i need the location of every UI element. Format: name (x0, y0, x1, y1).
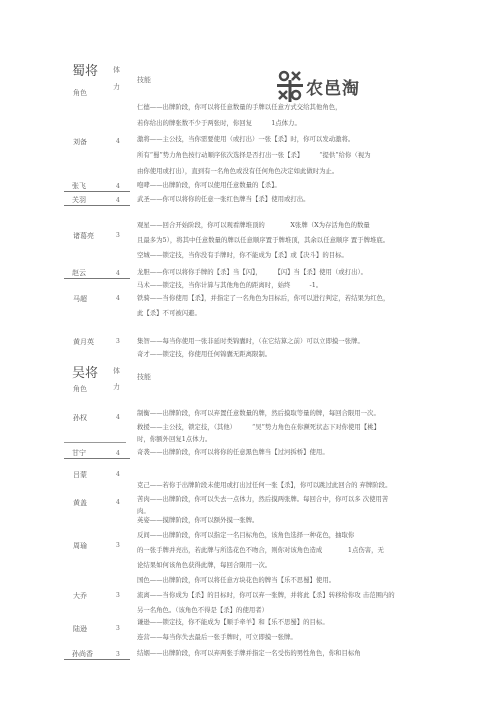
hero-name: 陆逊 (73, 624, 87, 634)
hero-skills: 仁德——出牌阶段，你可以将任意数量的手牌以任意方式交给其他角色， 若你给出的牌张… (137, 102, 371, 176)
skill-line: 论结果如何该角色获得此牌，每回合限用一次。 (137, 560, 384, 570)
hero-hp: 4 (116, 471, 120, 478)
skill-line: 武圣——你可以将你的任意一张红色牌当【杀】使用或打出。 (137, 194, 310, 204)
hero-hp: 4 (116, 183, 120, 190)
skill-line: 连营——每当你失去最后一张手牌时，可立即摸一张牌。 (137, 632, 329, 642)
skill-line: 咆哮——出牌阶段，你可以使用任意数量的【杀】。 (137, 180, 281, 190)
skill-header: 技能 (137, 372, 151, 382)
faction-title-wu: 吴将 (72, 362, 98, 381)
skill-line: 奇才——锁定技，你使用任何锦囊无距离限制。 (137, 349, 364, 359)
skill-header: 技能 (137, 75, 151, 85)
hero-name: 大乔 (73, 591, 87, 601)
watermark: 农邑淘 (277, 70, 360, 102)
hero-skills: 谦逊——锁定技，你不能成为【顺手牵羊】和【乐不思蜀】的目标。 连营——每当你失去… (137, 617, 329, 642)
hero-skills: 英姿——摸牌阶段，你可以额外摸一张牌。 反间——出牌阶段，你可以指定一名目标角色… (137, 515, 384, 570)
skill-line: 奇袭——出牌阶段，你可以将你的任意黑色牌当【过河拆桥】使用。 (137, 447, 329, 457)
skill-line: 观星——回合开始阶段，你可以观看牌堆顶的 X张牌（X为存活角色的数量 (137, 220, 389, 230)
skill-line: 铁骑——当你使用【杀】，并指定了一名角色为目标后，你可以进行判定，若结果为红色， (137, 293, 389, 303)
hero-hp: 3 (116, 625, 120, 632)
skill-line: 激将——主公技，当你需要使用（或打出）一张【杀】时，你可以发动激将。 (137, 134, 371, 144)
hero-name: 张飞 (64, 181, 130, 192)
watermark-logo-icon (277, 70, 303, 102)
skill-line: 若你给出的牌张数不少于两张时，你回复 1点体力。 (137, 118, 371, 128)
hero-name: 孙尚香 (64, 649, 130, 660)
hp-header-bottom: 力 (113, 82, 120, 92)
skill-line: 国色——出牌阶段，你可以将任意方块花色的牌当【乐不思蜀】使用。 (137, 575, 395, 585)
skill-line: 龙胆——你可以将你手牌的【杀】当【闪】， 【闪】当【杀】使用（或打出）。 (137, 267, 367, 277)
skill-line: 仁德——出牌阶段，你可以将任意数量的手牌以任意方式交给其他角色， (137, 102, 371, 112)
hero-hp: 4 (116, 499, 120, 506)
document-page: 农邑淘 蜀将 体 力 技能 角色 刘备 4 仁德——出牌阶段，你可以将任意数量的… (0, 0, 500, 708)
hero-name: 周瑜 (73, 541, 87, 551)
hp-header-top: 体 (113, 366, 120, 376)
skill-line: 由你使用或打出），直到有一名角色或没有任何角色决定如此做时为止。 (137, 166, 371, 176)
hero-hp: 3 (116, 542, 120, 549)
hero-hp: 4 (116, 450, 120, 457)
hero-name: 赵云 (64, 268, 130, 279)
role-header: 角色 (73, 384, 87, 394)
row-divider (64, 442, 126, 443)
skill-line: 另一名角色。（该角色不得是【杀】的使用者） (137, 605, 395, 615)
hero-hp: 3 (116, 338, 120, 345)
hero-skills: 苦肉——出牌阶段，你可以失去一点体力，然后摸两张牌。每回合中，你可以多 次使用苦… (137, 494, 388, 516)
skill-line: 所有“蜀”势力角色按行动顺序依次选择是否打出一张【杀】 “提供”给你（视为 (137, 150, 371, 160)
skill-line: 马术——锁定技，当你计算与其他角色的距离时，始终 -1。 (137, 280, 389, 290)
hero-name: 甘宁 (64, 448, 130, 459)
hero-skills: 国色——出牌阶段，你可以将任意方块花色的牌当【乐不思蜀】使用。 流离——当你成为… (137, 575, 395, 615)
hero-skills: 集智——每当你使用一张非延时类锦囊时，（在它结算之前）可以立即摸一张牌。 奇才—… (137, 336, 364, 359)
hero-name: 吕蒙 (73, 470, 87, 480)
skill-line: 集智——每当你使用一张非延时类锦囊时，（在它结算之前）可以立即摸一张牌。 (137, 336, 364, 346)
skill-line: 制衡——出牌阶段，你可以弃置任意数量的牌，然后摸取等量的牌，每回合限用一次。 (137, 408, 380, 418)
skill-line: 救援——主公技，锁定技，（其他） “吴”势力角色在你濒死状态下对你使用【桃】 (137, 422, 380, 432)
hero-name: 黄月英 (73, 337, 94, 347)
skill-line: 苦肉——出牌阶段，你可以失去一点体力，然后摸两张牌。每回合中，你可以多 次使用苦 (137, 494, 388, 504)
skill-line: 反间——出牌阶段，你可以指定一名目标角色，该角色选择一种花色，抽取你 (137, 530, 384, 540)
hero-name: 黄盖 (73, 498, 87, 508)
hero-name: 孙权 (73, 413, 87, 423)
hero-hp: 4 (116, 295, 120, 302)
hp-header-bottom: 力 (113, 382, 120, 392)
hero-hp: 4 (116, 138, 120, 145)
skill-line: 英姿——摸牌阶段，你可以额外摸一张牌。 (137, 515, 384, 525)
skill-line: 克己——若你于出牌阶段未使用或打出过任何一张【杀】，你可以跳过此回合的 弃牌阶段… (137, 480, 391, 490)
skill-line: 谦逊——锁定技，你不能成为【顺手牵羊】和【乐不思蜀】的目标。 (137, 617, 329, 627)
skill-line: 空城——锁定技，当你没有手牌时，你不能成为【杀】或【决斗】的目标。 (137, 250, 389, 260)
skill-line: 此【杀】不可被闪避。 (137, 308, 389, 318)
hero-hp: 3 (116, 651, 120, 658)
hero-skills: 观星——回合开始阶段，你可以观看牌堆顶的 X张牌（X为存活角色的数量 且最多为5… (137, 220, 389, 260)
hero-skills: 马术——锁定技，当你计算与其他角色的距离时，始终 -1。 铁骑——当你使用【杀】… (137, 280, 389, 318)
hero-hp: 3 (116, 592, 120, 599)
hero-name: 关羽 (64, 195, 130, 206)
skill-line: 的一张手牌并亮出，若此牌与所选花色不吻合，则你对该角色造成 1点伤害，无 (137, 545, 384, 555)
faction-title-shu: 蜀将 (72, 60, 98, 79)
skill-line: 时，你额外回复1点体力。 (137, 434, 380, 444)
skill-line: 且最多为5），将其中任意数量的牌以任意顺序置于牌堆顶，其余以任意顺序 置于牌堆底… (137, 235, 389, 245)
hero-name: 马超 (73, 294, 87, 304)
hero-name: 刘备 (73, 137, 87, 147)
hp-header-top: 体 (113, 65, 120, 75)
hero-hp: 4 (116, 270, 120, 277)
skill-line: 流离——当你成为【杀】的目标时，你可以弃一张牌，并将此【杀】转移给你攻 击范围内… (137, 590, 395, 600)
watermark-text: 农邑淘 (306, 74, 360, 99)
role-header: 角色 (73, 88, 87, 98)
hero-name: 诸葛亮 (73, 231, 94, 241)
hero-hp: 4 (116, 414, 120, 421)
hero-skills: 制衡——出牌阶段，你可以弃置任意数量的牌，然后摸取等量的牌，每回合限用一次。 救… (137, 408, 380, 444)
skill-line: 结姻——出牌阶段，你可以弃两张手牌并指定一名受伤的男性角色，你和目标角 (137, 648, 361, 658)
hero-hp: 4 (116, 197, 120, 204)
hero-hp: 3 (116, 232, 120, 239)
